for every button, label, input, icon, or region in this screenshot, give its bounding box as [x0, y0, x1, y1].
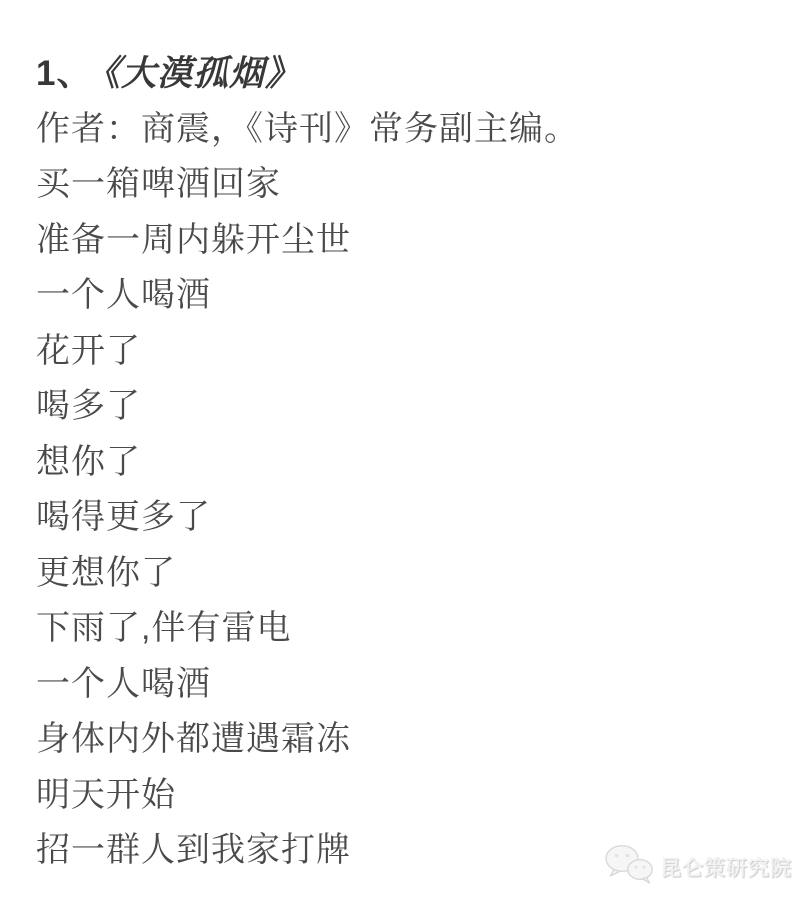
poem-title: 1、《大漠孤烟》	[36, 46, 802, 102]
poem-line: 一个人喝酒	[36, 657, 802, 713]
poem-title-text: 《大漠孤烟》	[102, 54, 301, 93]
author-line: 作者：商震，《诗刊》常务副主编。	[36, 102, 802, 158]
wechat-icon	[603, 843, 655, 890]
poem-line: 更想你了	[36, 546, 802, 602]
poem-line: 买一箱啤酒回家	[36, 157, 802, 213]
poem-line: 花开了	[36, 324, 802, 380]
poem-title-number: 1、	[36, 54, 92, 93]
poem-line: 想你了	[36, 435, 802, 491]
poem-page: 1、《大漠孤烟》 作者：商震，《诗刊》常务副主编。 买一箱啤酒回家 准备一周内躲…	[36, 46, 802, 879]
watermark: 昆仑策研究院	[603, 843, 792, 890]
poem-line: 下雨了,伴有雷电	[36, 601, 802, 657]
poem-line: 一个人喝酒	[36, 268, 802, 324]
poem-line: 准备一周内躲开尘世	[36, 213, 802, 269]
watermark-label: 昆仑策研究院	[660, 852, 792, 882]
poem-line: 身体内外都遭遇霜冻	[36, 712, 802, 768]
poem-line: 喝多了	[36, 379, 802, 435]
poem-line: 明天开始	[36, 768, 802, 824]
poem-line: 喝得更多了	[36, 490, 802, 546]
